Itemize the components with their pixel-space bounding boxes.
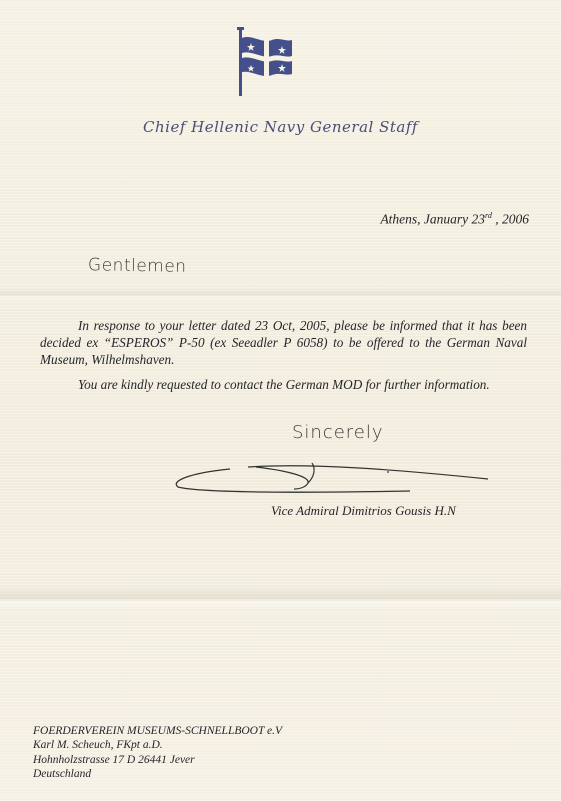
recipient-line: Deutschland	[33, 767, 282, 781]
date-year: , 2006	[492, 212, 529, 227]
paper-fold-line	[0, 288, 561, 302]
handwritten-closing: Sincerely	[292, 422, 384, 443]
recipient-address: FOERDERVEREIN MUSEUMS-SCHNELLBOOT e.V Ka…	[33, 724, 282, 781]
signer-name: Vice Admiral Dimitrios Gousis H.N	[271, 503, 456, 519]
letter-date: Athens, January 23rd , 2006	[380, 211, 529, 228]
letterhead-organization: Chief Hellenic Navy General Staff	[0, 118, 561, 136]
date-ordinal: rd	[485, 211, 492, 220]
body-paragraph-1: In response to your letter dated 23 Oct,…	[40, 317, 527, 368]
recipient-line: Hohnholzstrasse 17 D 26441 Jever	[33, 753, 282, 767]
recipient-line: FOERDERVEREIN MUSEUMS-SCHNELLBOOT e.V	[33, 724, 282, 738]
handwritten-salutation: Gentlemen	[88, 255, 187, 277]
body-paragraph-2: You are kindly requested to contact the …	[78, 377, 490, 393]
signature-scrawl	[170, 455, 490, 505]
recipient-line: Karl M. Scheuch, FKpt a.D.	[33, 738, 282, 752]
paper-fold-line	[0, 585, 561, 609]
date-text: Athens, January 23	[380, 212, 485, 227]
navy-flag-icon	[236, 26, 296, 96]
